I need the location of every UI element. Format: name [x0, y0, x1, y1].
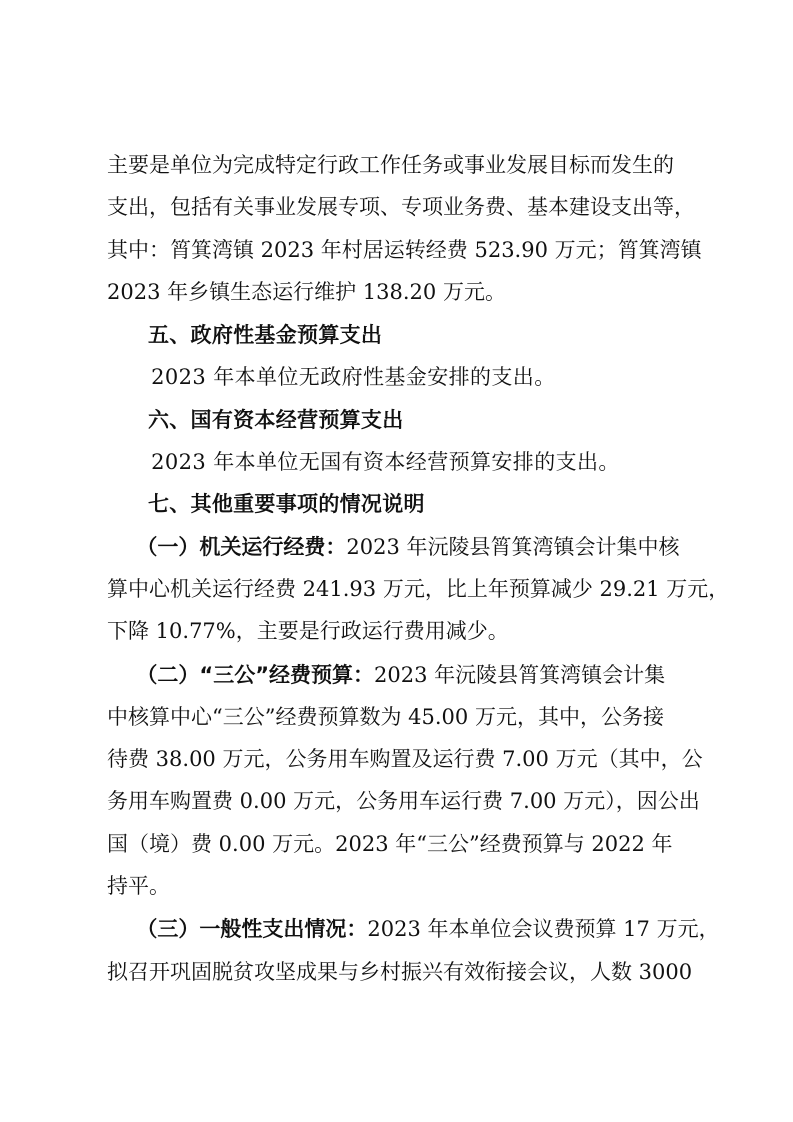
text-line: 务用车购置费 0.00 万元，公务用车运行费 7.00 万元），因公出 [107, 780, 687, 822]
document-page: 主要是单位为完成特定行政工作任务或事业发展目标而发生的 支出，包括有关事业发展专… [107, 144, 687, 993]
item-office-operation: （一）机关运行经费：2023 年沅陵县筲箕湾镇会计集中核 算中心机关运行经费 2… [107, 526, 687, 653]
item-text: 2023 年沅陵县筲箕湾镇会计集 [374, 663, 665, 687]
item-label: （二）“三公”经费预算： [136, 663, 374, 687]
text-line: 支出，包括有关事业发展专项、专项业务费、基本建设支出等， [107, 186, 687, 228]
item-text: 2023 年沅陵县筲箕湾镇会计集中核 [346, 535, 679, 559]
text-line: （二）“三公”经费预算：2023 年沅陵县筲箕湾镇会计集 [107, 654, 687, 696]
item-text: 2023 年本单位会议费预算 17 万元， [367, 917, 719, 941]
text-line: 中核算中心“三公”经费预算数为 45.00 万元，其中，公务接 [107, 696, 687, 738]
section-heading-state-capital: 六、国有资本经营预算支出 [107, 399, 687, 441]
item-general-expenditure: （三）一般性支出情况：2023 年本单位会议费预算 17 万元， 拟召开巩固脱贫… [107, 908, 687, 993]
text-line: 算中心机关运行经费 241.93 万元，比上年预算减少 29.21 万元， [107, 568, 687, 610]
section-heading-other-matters: 七、其他重要事项的情况说明 [107, 483, 687, 525]
text-line: 国（境）费 0.00 万元。2023 年“三公”经费预算与 2022 年 [107, 823, 687, 865]
item-label: （一）机关运行经费： [136, 535, 346, 559]
text-line: （三）一般性支出情况：2023 年本单位会议费预算 17 万元， [107, 908, 687, 950]
section-body-state-capital: 2023 年本单位无国有资本经营预算安排的支出。 [107, 441, 687, 483]
text-line: 其中：筲箕湾镇 2023 年村居运转经费 523.90 万元；筲箕湾镇 [107, 229, 687, 271]
text-line: 主要是单位为完成特定行政工作任务或事业发展目标而发生的 [107, 144, 687, 186]
text-line: 持平。 [107, 865, 687, 907]
text-line: （一）机关运行经费：2023 年沅陵县筲箕湾镇会计集中核 [107, 526, 687, 568]
text-line: 2023 年乡镇生态运行维护 138.20 万元。 [107, 271, 687, 313]
text-line: 拟召开巩固脱贫攻坚成果与乡村振兴有效衔接会议，人数 3000 [107, 951, 687, 993]
text-line: 待费 38.00 万元，公务用车购置及运行费 7.00 万元（其中，公 [107, 738, 687, 780]
item-label: （三）一般性支出情况： [136, 917, 367, 941]
item-three-public: （二）“三公”经费预算：2023 年沅陵县筲箕湾镇会计集 中核算中心“三公”经费… [107, 654, 687, 908]
text-line: 下降 10.77%，主要是行政运行费用减少。 [107, 610, 687, 652]
section-body-government-funds: 2023 年本单位无政府性基金安排的支出。 [107, 356, 687, 398]
section-heading-government-funds: 五、政府性基金预算支出 [107, 314, 687, 356]
intro-paragraph: 主要是单位为完成特定行政工作任务或事业发展目标而发生的 支出，包括有关事业发展专… [107, 144, 687, 313]
